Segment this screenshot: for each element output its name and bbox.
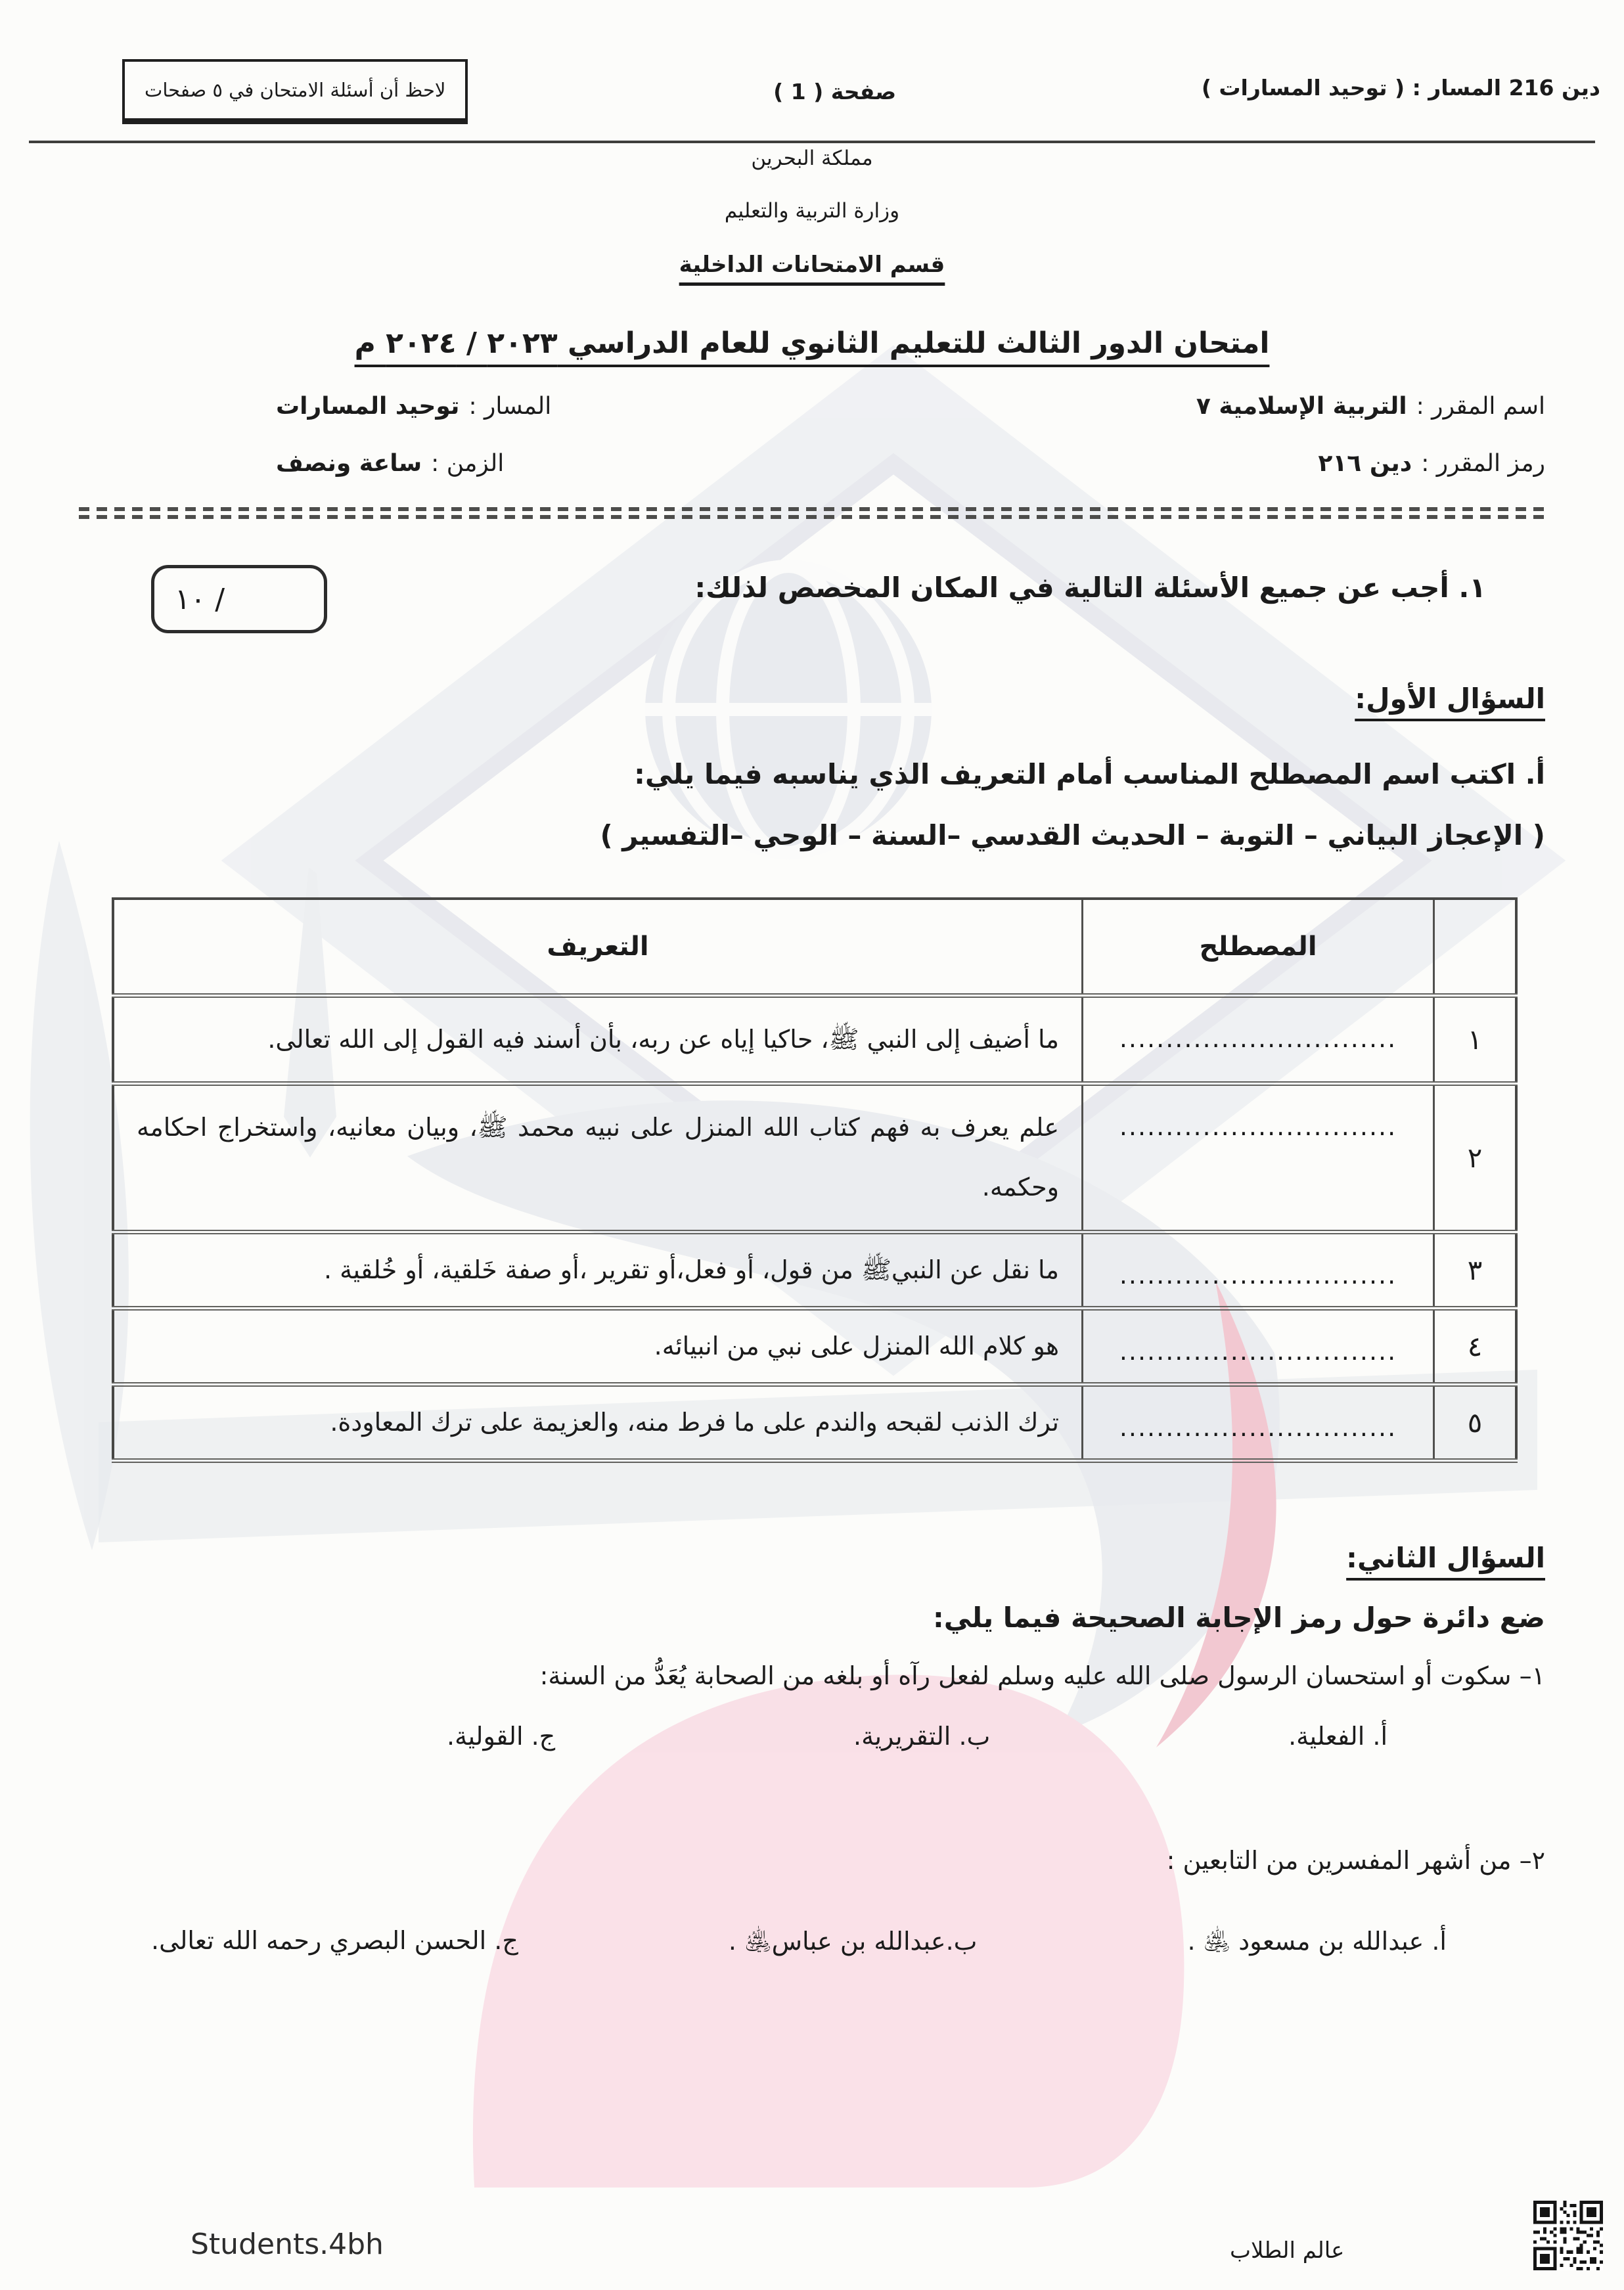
course-name-value: التربية الإسلامية ٧ bbox=[1196, 393, 1407, 420]
definition-text: هو كلام الله المنزل على نبي من انبيائه. bbox=[113, 1308, 1083, 1384]
answer-blank[interactable]: .............................. bbox=[1119, 1261, 1397, 1290]
answer-blank[interactable]: .............................. bbox=[1119, 1413, 1397, 1442]
time-label: الزمن : bbox=[431, 450, 504, 477]
definition-text: ترك الذنب لقبحه والندم على ما فرط منه، و… bbox=[113, 1384, 1083, 1460]
mcq2-option-b[interactable]: ب.عبدالله بن عباس﵁ . bbox=[729, 1926, 978, 1962]
general-instruction-row: ١. أجب عن جميع الأسئلة التالية في المكان… bbox=[79, 572, 1545, 604]
number-column-header bbox=[1434, 899, 1517, 996]
dashed-divider bbox=[79, 507, 1545, 519]
question2-heading: السؤال الثاني: bbox=[1346, 1542, 1545, 1574]
notice-box: لاحظ أن أسئلة الامتحان في ٥ صفحات bbox=[122, 59, 468, 124]
course-name: اسم المقرر :التربية الإسلامية ٧ bbox=[1196, 393, 1545, 420]
mcq2-option-c[interactable]: ج. الحسن البصري رحمه الله تعالى. bbox=[151, 1926, 518, 1962]
exam-page: دين 216 المسار : ( توحيد المسارات ) صفحة… bbox=[0, 0, 1624, 2290]
course-name-label: اسم المقرر : bbox=[1416, 393, 1545, 420]
department-line: قسم الامتحانات الداخلية bbox=[79, 252, 1545, 278]
exam-title: امتحان الدور الثالث للتعليم الثانوي للعا… bbox=[79, 326, 1545, 360]
question1-part-a: أ. اكتب اسم المصطلح المناسب أمام التعريف… bbox=[79, 758, 1545, 790]
table-row: ٣ .............................. ما نقل … bbox=[113, 1232, 1516, 1308]
definition-column-header: التعريف bbox=[113, 899, 1083, 996]
table-row: ٤ .............................. هو كلام… bbox=[113, 1308, 1516, 1384]
meta-row-2: رمز المقرر :دين ٢١٦ الزمن :ساعة ونصف bbox=[79, 450, 1545, 477]
course-code: رمز المقرر :دين ٢١٦ bbox=[1318, 450, 1545, 477]
table-row: ٢ .............................. علم يعر… bbox=[113, 1084, 1516, 1232]
definition-text: ما أضيف إلى النبي ﷺ، حاكيا إياه عن ربه، … bbox=[113, 996, 1083, 1084]
definitions-table: المصطلح التعريف ١ ......................… bbox=[112, 897, 1518, 1463]
mcq1-stem: ١– سكوت أو استحسان الرسول صلى الله عليه … bbox=[79, 1661, 1545, 1690]
header-page-number: صفحة ( 1 ) bbox=[773, 79, 896, 104]
course-code-value: دين ٢١٦ bbox=[1318, 450, 1412, 477]
general-instruction: ١. أجب عن جميع الأسئلة التالية في المكان… bbox=[694, 572, 1486, 604]
mcq1-option-b[interactable]: ب. التقريرية. bbox=[853, 1722, 990, 1751]
row-number: ٣ bbox=[1434, 1232, 1517, 1308]
mcq2-options: أ. عبدالله بن مسعود ﵁ . ب.عبدالله بن عبا… bbox=[151, 1926, 1447, 1962]
row-number: ٤ bbox=[1434, 1308, 1517, 1384]
footer-brand: عالم الطلاب bbox=[1230, 2237, 1344, 2264]
row-number: ١ bbox=[1434, 996, 1517, 1084]
mcq2-stem: ٢– من أشهر المفسرين من التابعين : bbox=[79, 1846, 1545, 1875]
answer-blank[interactable]: .............................. bbox=[1119, 1112, 1397, 1141]
question1-heading: السؤال الأول: bbox=[1355, 683, 1545, 715]
header-course-line: دين 216 المسار : ( توحيد المسارات ) bbox=[1202, 75, 1600, 101]
header-divider bbox=[29, 141, 1595, 143]
qr-code bbox=[1533, 2201, 1603, 2270]
mcq1-option-c[interactable]: ج. القولية. bbox=[447, 1722, 555, 1751]
row-number: ٢ bbox=[1434, 1084, 1517, 1232]
term-column-header: المصطلح bbox=[1083, 899, 1434, 996]
ministry-line: وزارة التربية والتعليم bbox=[79, 199, 1545, 223]
mcq1-options: أ. الفعلية. ب. التقريرية. ج. القولية. bbox=[447, 1722, 1387, 1751]
track-value: توحيد المسارات bbox=[276, 393, 459, 420]
footer-students-site: Students.4bh bbox=[191, 2228, 384, 2261]
table-row: ١ .............................. ما أضيف… bbox=[113, 996, 1516, 1084]
question2-intro: ضع دائرة حول رمز الإجابة الصحيحة فيما يل… bbox=[79, 1602, 1545, 1634]
answer-blank[interactable]: .............................. bbox=[1119, 1024, 1397, 1053]
table-header-row: المصطلح التعريف bbox=[113, 899, 1516, 996]
table-row: ٥ .............................. ترك الذ… bbox=[113, 1384, 1516, 1460]
exam-time: الزمن :ساعة ونصف bbox=[276, 450, 504, 477]
meta-row-1: اسم المقرر :التربية الإسلامية ٧ المسار :… bbox=[79, 393, 1545, 420]
track: المسار :توحيد المسارات bbox=[276, 393, 551, 420]
definition-text: علم يعرف به فهم كتاب الله المنزل على نبي… bbox=[113, 1084, 1083, 1232]
mcq2-option-a[interactable]: أ. عبدالله بن مسعود ﵁ . bbox=[1188, 1926, 1447, 1962]
score-box[interactable]: ١٠ / bbox=[151, 565, 327, 633]
question1-word-bank: ( الإعجاز البياني – التوبة – الحديث القد… bbox=[79, 819, 1545, 851]
row-number: ٥ bbox=[1434, 1384, 1517, 1460]
course-code-label: رمز المقرر : bbox=[1421, 450, 1545, 477]
mcq1-option-a[interactable]: أ. الفعلية. bbox=[1288, 1722, 1387, 1751]
answer-blank[interactable]: .............................. bbox=[1119, 1337, 1397, 1366]
kingdom-line: مملكة البحرين bbox=[79, 146, 1545, 170]
time-value: ساعة ونصف bbox=[276, 450, 422, 477]
definition-text: ما نقل عن النبيﷺ من قول، أو فعل،أو تقرير… bbox=[113, 1232, 1083, 1308]
page-header: دين 216 المسار : ( توحيد المسارات ) صفحة… bbox=[0, 0, 1624, 124]
track-label: المسار : bbox=[468, 393, 551, 420]
